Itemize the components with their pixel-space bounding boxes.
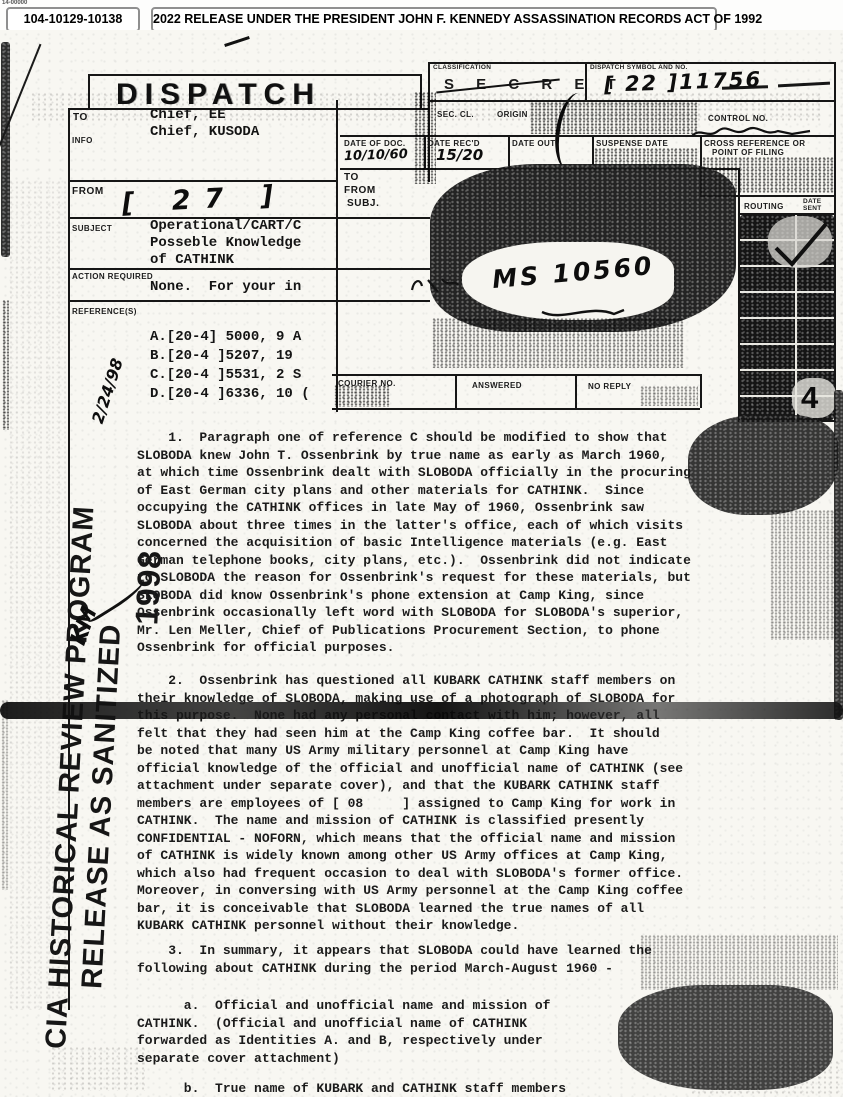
date-sent-label: DATE — [803, 198, 821, 205]
sec-cl-label: SEC. CL. — [437, 110, 474, 119]
ms-underline-scribble — [538, 302, 628, 322]
body-paragraph-a: a. Official and unofficial name and miss… — [137, 997, 550, 1067]
rule — [332, 374, 700, 376]
from-label: FROM — [72, 186, 104, 197]
rule — [834, 62, 836, 420]
rule — [68, 300, 430, 302]
mini-to-label: TO — [344, 172, 359, 183]
from-value: [ 27 ] — [121, 180, 287, 220]
references-label: REFERENCE(S) — [72, 307, 137, 316]
rule — [508, 135, 510, 168]
rule — [88, 74, 420, 76]
origin-label: ORIGIN — [497, 110, 528, 119]
date-sent-label-2: SENT — [803, 205, 822, 212]
routing-label: ROUTING — [744, 202, 784, 211]
date-recd-value: 15/20 — [436, 146, 483, 164]
scan-noise — [432, 318, 684, 368]
subject-lines: Operational/CART/C Posseble Knowledge of… — [150, 218, 301, 269]
stray-mark — [224, 36, 250, 47]
rule — [68, 108, 70, 1010]
routing-row-line — [740, 369, 834, 371]
cross-reference-label-2: POINT OF FILING — [712, 148, 784, 157]
mini-from-label: FROM — [344, 185, 376, 196]
rule — [455, 374, 457, 408]
action-handwritten-scribble — [406, 274, 462, 296]
rule — [575, 374, 577, 408]
classification-value: S E C R E T — [444, 76, 625, 93]
info-label: INFO — [72, 136, 93, 145]
action-required-label: ACTION REQUIRED — [72, 272, 153, 281]
scan-noise — [334, 385, 390, 407]
mini-subj-label: SUBJ. — [347, 198, 379, 209]
reference-list: A.[20-4] 5000, 9 A B.[20-4 ]5207, 19 C.[… — [150, 328, 310, 404]
rule — [88, 74, 90, 108]
release-banner-box: 2022 RELEASE UNDER THE PRESIDENT JOHN F.… — [151, 7, 717, 32]
cross-reference-label: CROSS REFERENCE OR — [704, 139, 805, 148]
scan-noise — [770, 510, 836, 640]
redaction-smear — [0, 702, 843, 719]
scanned-document: CIA HISTORICAL REVIEW PROGRAM RELEASE AS… — [0, 30, 843, 1097]
scan-noise — [640, 386, 698, 406]
scan-noise — [50, 1046, 145, 1091]
body-paragraph-b: b. True name of KUBARK and CATHINK staff… — [137, 1080, 566, 1097]
date-of-doc-value: 10/10/60 — [344, 147, 408, 164]
rule — [336, 100, 338, 412]
scan-noise — [690, 1060, 840, 1096]
routing-row-line — [740, 291, 834, 293]
record-number-box: 104-10129-10138 — [6, 7, 140, 32]
to-label: TO — [73, 112, 88, 123]
answered-label: ANSWERED — [472, 381, 522, 390]
routing-check-mark — [768, 218, 832, 270]
classification-label: CLASSIFICATION — [433, 64, 491, 71]
routing-row-line — [740, 343, 834, 345]
document-page: { "header": { "doc_id_small": "14-00000"… — [0, 0, 843, 1097]
date-out-label: DATE OUT — [512, 139, 556, 148]
scan-noise — [530, 102, 698, 134]
scan-noise — [414, 92, 436, 184]
rule — [700, 374, 702, 408]
routing-row-line — [740, 317, 834, 319]
stray-dash — [778, 82, 830, 88]
scan-corner-id: 14-00000 — [2, 0, 27, 6]
subject-label: SUBJECT — [72, 224, 112, 233]
rule — [332, 408, 700, 410]
scan-noise-blob — [688, 415, 838, 515]
control-no-label: CONTROL NO. — [708, 114, 768, 123]
action-value: None. For your in — [150, 279, 301, 296]
page-number-stamp: 4 — [801, 380, 818, 416]
to-values: Chief, EE Chief, KUSODA — [150, 107, 259, 141]
no-reply-label: NO REPLY — [588, 382, 631, 391]
suspense-date-label: SUSPENSE DATE — [596, 139, 668, 148]
body-paragraph-1: 1. Paragraph one of reference C should b… — [137, 429, 691, 657]
rule — [68, 180, 336, 182]
body-paragraph-3: 3. In summary, it appears that SLOBODA c… — [137, 942, 652, 977]
scan-noise — [640, 935, 838, 990]
